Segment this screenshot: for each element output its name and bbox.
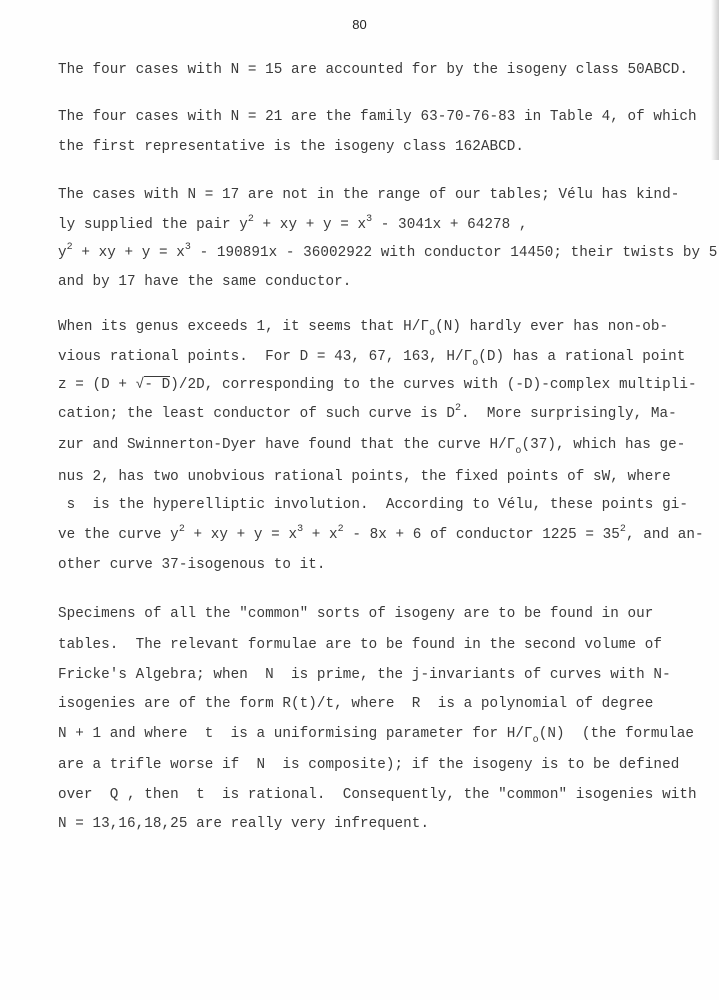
text-segment: + xy + y = x xyxy=(185,527,297,543)
text-line: other curve 37-isogenous to it. xyxy=(58,556,326,574)
text-segment: . More surprisingly, Ma- xyxy=(461,406,677,422)
text-line: ly supplied the pair y2 + xy + y = x3 - … xyxy=(58,216,528,234)
text-line: are a trifle worse if N is composite); i… xyxy=(58,756,679,774)
text-line: zur and Swinnerton-Dyer have found that … xyxy=(58,436,685,454)
text-line: the first representative is the isogeny … xyxy=(58,138,524,156)
text-segment: zur and Swinnerton-Dyer have found that … xyxy=(58,437,515,453)
text-segment: + x xyxy=(303,527,338,543)
text-segment: )/2D, corresponding to the curves with (… xyxy=(170,377,696,393)
text-segment: + xy + y = x xyxy=(73,245,185,261)
radicand: - D xyxy=(144,376,170,393)
text-segment: + xy + y = x xyxy=(254,217,366,233)
text-line: Specimens of all the "common" sorts of i… xyxy=(58,605,653,623)
text-line: When its genus exceeds 1, it seems that … xyxy=(58,318,668,336)
text-segment: (N) hardly ever has non-ob- xyxy=(435,319,668,335)
page-number: 80 xyxy=(0,17,719,32)
text-line: s is the hyperelliptic involution. Accor… xyxy=(58,496,688,514)
text-segment: When its genus exceeds 1, it seems that … xyxy=(58,319,429,335)
text-line: Fricke's Algebra; when N is prime, the j… xyxy=(58,666,671,684)
text-line: The four cases with N = 21 are the famil… xyxy=(58,108,697,126)
text-segment: vious rational points. For D = 43, 67, 1… xyxy=(58,349,472,365)
text-segment: - 3041x + 64278 , xyxy=(372,217,527,233)
text-segment: z = (D + xyxy=(58,377,136,393)
text-line: N + 1 and where t is a uniformising para… xyxy=(58,725,694,743)
text-line: y2 + xy + y = x3 - 190891x - 36002922 wi… xyxy=(58,244,717,262)
text-segment: (N) (the formulae xyxy=(539,726,694,742)
text-line: The four cases with N = 15 are accounted… xyxy=(58,61,688,79)
text-line: cation; the least conductor of such curv… xyxy=(58,405,677,423)
text-segment: - 190891x - 36002922 with conductor 1445… xyxy=(191,245,717,261)
text-line: tables. The relevant formulae are to be … xyxy=(58,636,662,654)
text-segment: cation; the least conductor of such curv… xyxy=(58,406,455,422)
text-segment: ly supplied the pair y xyxy=(58,217,248,233)
text-line: isogenies are of the form R(t)/t, where … xyxy=(58,695,653,713)
text-segment: N + 1 and where t is a uniformising para… xyxy=(58,726,533,742)
text-segment: (37), which has ge- xyxy=(521,437,685,453)
text-line: ve the curve y2 + xy + y = x3 + x2 - 8x … xyxy=(58,526,704,544)
text-line: N = 13,16,18,25 are really very infreque… xyxy=(58,815,429,833)
text-segment: (D) has a rational point xyxy=(478,349,685,365)
text-segment: ve the curve y xyxy=(58,527,179,543)
text-line: The cases with N = 17 are not in the ran… xyxy=(58,186,679,204)
text-line: nus 2, has two unobvious rational points… xyxy=(58,468,671,486)
text-segment: - 8x + 6 of conductor 1225 = 35 xyxy=(344,527,620,543)
text-line: vious rational points. For D = 43, 67, 1… xyxy=(58,348,685,366)
text-segment: , and an- xyxy=(626,527,704,543)
text-line: and by 17 have the same conductor. xyxy=(58,273,351,291)
text-line: over Q , then t is rational. Consequentl… xyxy=(58,786,697,804)
text-line: z = (D + √- D)/2D, corresponding to the … xyxy=(58,376,697,394)
text-segment: y xyxy=(58,245,67,261)
